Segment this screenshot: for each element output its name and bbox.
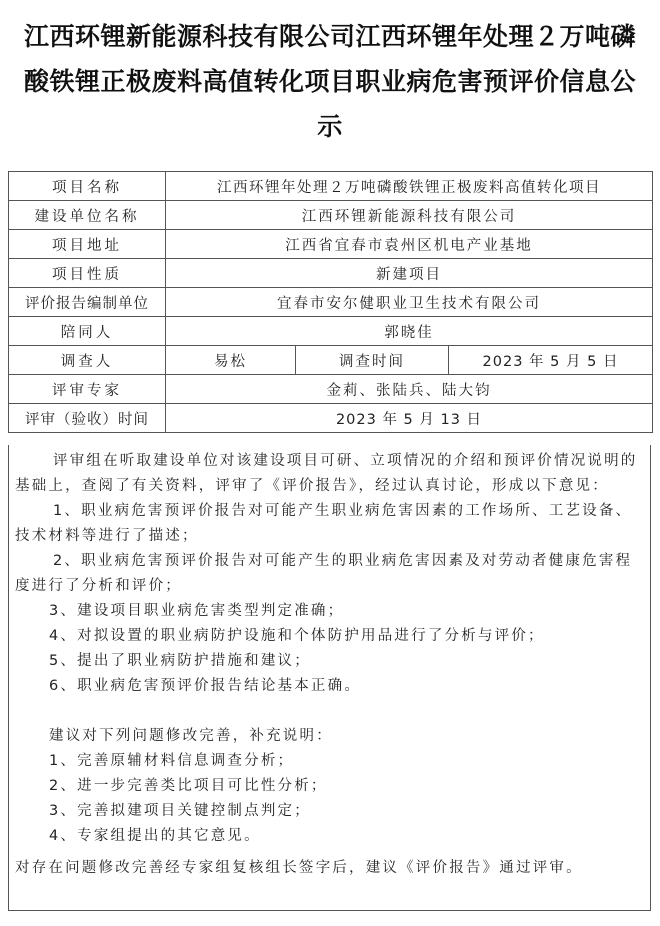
opinion-item-6: 6、职业病危害预评价报告结论基本正确。 — [49, 674, 361, 699]
label-nature: 项目性质 — [9, 259, 166, 288]
table-row-address: 项目地址 江西省宜春市袁州区机电产业基地 — [9, 230, 653, 259]
table-row-nature: 项目性质 新建项目 — [9, 259, 653, 288]
label-experts: 评审专家 — [9, 375, 166, 404]
opinion-item-5: 5、提出了职业病防护措施和建议； — [49, 649, 311, 674]
opinions-intro: 评审组在听取建设单位对该建设项目可研、立项情况的介绍和预评价情况说明的基础上，查… — [15, 449, 644, 499]
opinion-item-2: 2、职业病危害预评价报告对可能产生的职业病危害因素及对劳动者健康危害程度进行了分… — [15, 549, 644, 599]
label-review-time: 评审（验收）时间 — [9, 404, 166, 433]
review-opinions-section: 评审组在听取建设单位对该建设项目可研、立项情况的介绍和预评价情况说明的基础上，查… — [8, 445, 651, 911]
value-report-org: 宜春市安尔健职业卫生技术有限公司 — [166, 288, 653, 317]
value-review-time: 2023 年 5 月 13 日 — [166, 404, 653, 433]
label-report-org: 评价报告编制单位 — [9, 288, 166, 317]
value-escort: 郭晓佳 — [166, 317, 653, 346]
table-row-investigator: 调查人 易松 调查时间 2023 年 5 月 5 日 — [9, 346, 653, 375]
value-address: 江西省宜春市袁州区机电产业基地 — [166, 230, 653, 259]
label-project-name: 项目名称 — [9, 172, 166, 201]
value-investigation-time: 2023 年 5 月 5 日 — [449, 346, 653, 375]
suggestion-item-2: 2、进一步完善类比项目可比性分析； — [49, 774, 328, 799]
label-investigator: 调查人 — [9, 346, 166, 375]
table-row-project-name: 项目名称 江西环锂年处理２万吨磷酸铁锂正极废料高值转化项目 — [9, 172, 653, 201]
table-row-builder: 建设单位名称 江西环锂新能源科技有限公司 — [9, 201, 653, 230]
opinion-item-4: 4、对拟设置的职业病防护设施和个体防护用品进行了分析与评价； — [49, 624, 545, 649]
suggestion-item-1: 1、完善原辅材料信息调查分析； — [49, 749, 294, 774]
opinion-item-1: 1、职业病危害预评价报告对可能产生职业病危害因素的工作场所、工艺设备、技术材料等… — [15, 499, 644, 549]
suggestion-item-3: 3、完善拟建项目关键控制点判定； — [49, 799, 311, 824]
table-row-escort: 陪同人 郭晓佳 — [9, 317, 653, 346]
opinion-item-3: 3、建设项目职业病危害类型判定准确； — [49, 599, 344, 624]
conclusion: 对存在问题修改完善经专家组复核组长签字后，建议《评价报告》通过评审。 — [15, 856, 644, 881]
document-title: 江西环锂新能源科技有限公司江西环锂年处理２万吨磷酸铁锂正极废料高值转化项目职业病… — [14, 14, 646, 149]
value-project-name: 江西环锂年处理２万吨磷酸铁锂正极废料高值转化项目 — [166, 172, 653, 201]
value-investigator: 易松 — [166, 346, 296, 375]
value-experts: 金莉、张陆兵、陆大钧 — [166, 375, 653, 404]
table-row-review-time: 评审（验收）时间 2023 年 5 月 13 日 — [9, 404, 653, 433]
value-builder: 江西环锂新能源科技有限公司 — [166, 201, 653, 230]
label-escort: 陪同人 — [9, 317, 166, 346]
label-builder: 建设单位名称 — [9, 201, 166, 230]
table-row-experts: 评审专家 金莉、张陆兵、陆大钧 — [9, 375, 653, 404]
project-info-table: 项目名称 江西环锂年处理２万吨磷酸铁锂正极废料高值转化项目 建设单位名称 江西环… — [8, 171, 653, 433]
table-row-report-org: 评价报告编制单位 宜春市安尔健职业卫生技术有限公司 — [9, 288, 653, 317]
suggestion-item-4: 4、专家组提出的其它意见。 — [49, 824, 261, 849]
suggestions-intro: 建议对下列问题修改完善，补充说明： — [49, 724, 333, 749]
label-investigation-time: 调查时间 — [296, 346, 449, 375]
value-nature: 新建项目 — [166, 259, 653, 288]
label-address: 项目地址 — [9, 230, 166, 259]
